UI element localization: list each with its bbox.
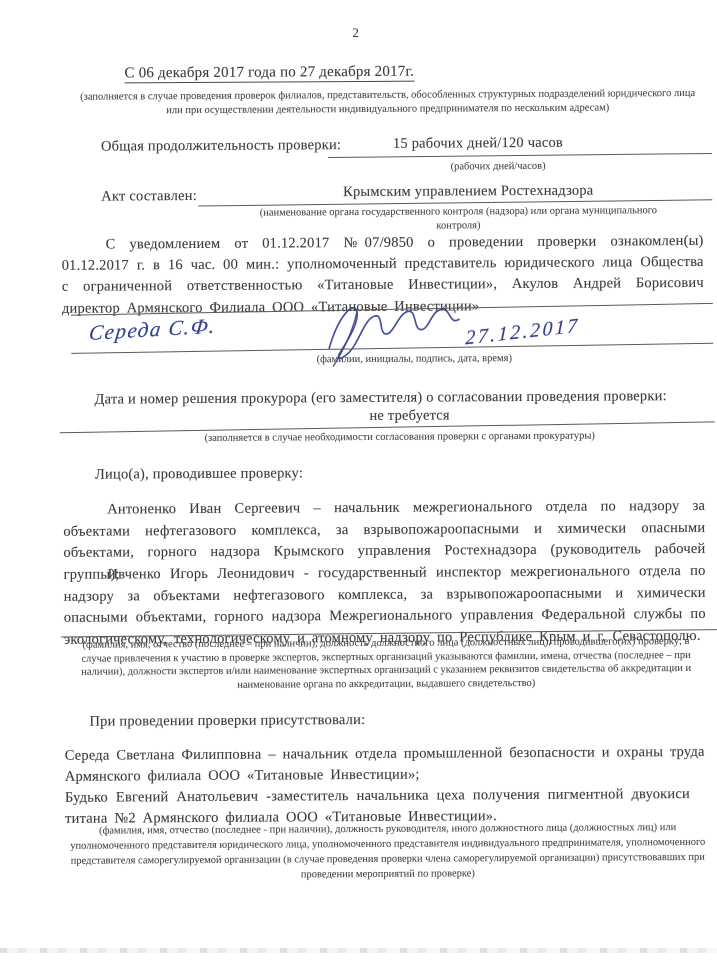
attendee-paragraph-1: Середа Светлана Филипповна – начальник о… xyxy=(65,742,705,788)
inspectors-note: (фамилия, имя, отчество (последнее – при… xyxy=(71,635,701,693)
attendees-heading: При проведении проверки присутствовали: xyxy=(89,710,365,733)
prosecutor-note: (заполняется в случае необходимости согл… xyxy=(120,429,680,446)
act-label: Акт составлен: xyxy=(101,186,197,208)
document-page: 2 С 06 декабря 2017 года по 27 декабря 2… xyxy=(0,0,717,960)
prosecutor-value: не требуется xyxy=(100,404,717,429)
act-note: (наименование органа государственного ко… xyxy=(248,204,668,234)
inspectors-heading: Лицо(а), проводившее проверку: xyxy=(95,463,303,485)
inspection-period-heading: С 06 декабря 2017 года по 27 декабря 201… xyxy=(124,62,414,85)
duration-value: 15 рабочих дней/120 часов xyxy=(328,132,628,155)
signature-note: (фамилии, инициалы, подпись, дата, время… xyxy=(269,352,559,367)
duration-label: Общая продолжительность проверки: xyxy=(101,135,341,157)
page-number: 2 xyxy=(0,20,714,45)
scan-artifact-band xyxy=(0,948,717,953)
duration-note: (рабочих дней/часов) xyxy=(358,159,638,174)
inspection-period-note: (заполняется в случае проведения проверо… xyxy=(78,87,698,118)
attendees-note: (фамилия, имя, отчество (последнее - при… xyxy=(70,820,705,884)
inspection-period-text: С 06 декабря 2017 года по 27 декабря 201… xyxy=(124,64,414,84)
scanned-sheet: 2 С 06 декабря 2017 года по 27 декабря 2… xyxy=(0,0,717,960)
